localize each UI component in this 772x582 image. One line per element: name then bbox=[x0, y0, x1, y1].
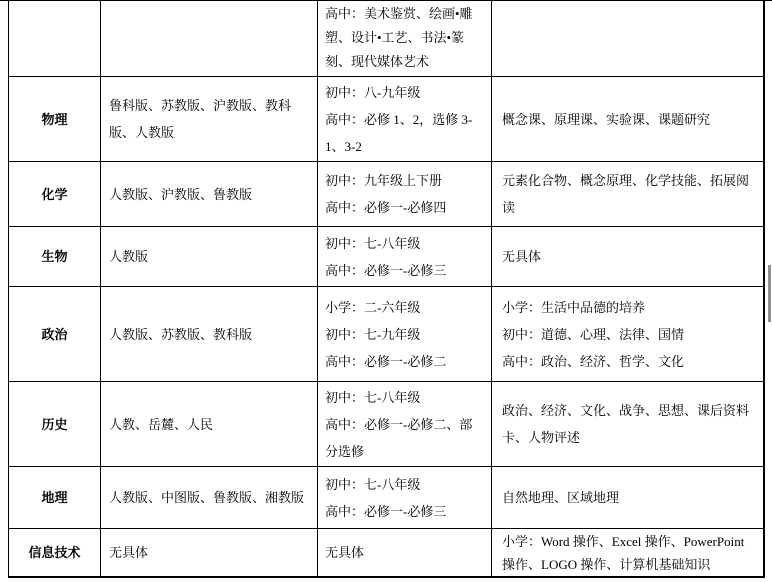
subject-label: 化学 bbox=[41, 181, 67, 208]
subject-cell: 化学 bbox=[9, 162, 101, 226]
grades-cell: 初中：七-八年级 高中：必修一-必修二、部分选修 bbox=[318, 382, 492, 466]
grades-line: 高中：美术鉴赏、绘画•雕塑、设计•工艺、书法•篆刻、现代媒体艺术 bbox=[325, 2, 483, 74]
content-line: 无具体 bbox=[502, 243, 755, 270]
document-page: 高中：美术鉴赏、绘画•雕塑、设计•工艺、书法•篆刻、现代媒体艺术 物理 鲁科版、… bbox=[0, 0, 772, 582]
table-row-physics: 物理 鲁科版、苏教版、沪教版、教科版、人教版 初中：八-九年级 高中：必修 1、… bbox=[9, 76, 763, 161]
table-row-geography: 地理 人教版、中图版、鲁教版、湘教版 初中：七-八年级 高中：必修一-必修三 自… bbox=[9, 466, 763, 528]
subject-label: 政治 bbox=[41, 321, 67, 348]
table-row-history: 历史 人教、岳麓、人民 初中：七-八年级 高中：必修一-必修二、部分选修 政治、… bbox=[9, 381, 763, 466]
grades-cell: 初中：八-九年级 高中：必修 1、2，选修 3-1、3-2 bbox=[318, 77, 492, 161]
table-row-art-continued: 高中：美术鉴赏、绘画•雕塑、设计•工艺、书法•篆刻、现代媒体艺术 bbox=[9, 0, 763, 76]
subject-label: 信息技术 bbox=[28, 541, 80, 564]
subject-cell: 历史 bbox=[9, 382, 101, 466]
versions-cell: 人教版、苏教版、教科版 bbox=[101, 287, 318, 381]
subject-cell bbox=[9, 0, 101, 76]
versions-cell: 人教版、沪教版、鲁教版 bbox=[101, 162, 318, 226]
grades-line: 高中：必修 1、2，选修 3-1、3-2 bbox=[325, 106, 483, 160]
content-cell: 政治、经济、文化、战争、思想、课后资料卡、人物评述 bbox=[492, 382, 763, 466]
grades-line: 无具体 bbox=[325, 541, 483, 564]
subjects-table: 高中：美术鉴赏、绘画•雕塑、设计•工艺、书法•篆刻、现代媒体艺术 物理 鲁科版、… bbox=[8, 0, 765, 578]
versions-line: 人教版、中图版、鲁教版、湘教版 bbox=[109, 484, 309, 511]
content-line: 概念课、原理课、实验课、课题研究 bbox=[502, 106, 755, 133]
content-cell: 小学：生活中品德的培养 初中：道德、心理、法律、国情 高中：政治、经济、哲学、文… bbox=[492, 287, 763, 381]
table-row-biology: 生物 人教版 初中：七-八年级 高中：必修一-必修三 无具体 bbox=[9, 226, 763, 286]
content-line: 高中：政治、经济、哲学、文化 bbox=[502, 348, 755, 375]
vertical-scrollbar-thumb[interactable] bbox=[768, 265, 771, 322]
versions-line: 人教版、沪教版、鲁教版 bbox=[109, 181, 309, 208]
grades-line: 初中：七-八年级 bbox=[325, 384, 483, 411]
versions-line: 无具体 bbox=[109, 541, 309, 564]
content-line: 元素化合物、概念原理、化学技能、拓展阅读 bbox=[502, 167, 755, 221]
versions-cell: 人教版 bbox=[101, 227, 318, 286]
versions-line: 人教、岳麓、人民 bbox=[109, 411, 309, 438]
grades-line: 高中：必修一-必修二、部分选修 bbox=[325, 411, 483, 465]
grades-line: 初中：九年级上下册 bbox=[325, 167, 483, 194]
versions-cell: 无具体 bbox=[101, 529, 318, 576]
versions-line: 人教版 bbox=[109, 243, 309, 270]
content-cell: 无具体 bbox=[492, 227, 763, 286]
subject-label: 历史 bbox=[41, 411, 67, 438]
grades-line: 初中：八-九年级 bbox=[325, 79, 483, 106]
table-row-chemistry: 化学 人教版、沪教版、鲁教版 初中：九年级上下册 高中：必修一-必修四 元素化合… bbox=[9, 161, 763, 226]
grades-cell: 初中：七-八年级 高中：必修一-必修三 bbox=[318, 467, 492, 528]
grades-cell: 高中：美术鉴赏、绘画•雕塑、设计•工艺、书法•篆刻、现代媒体艺术 bbox=[318, 0, 492, 76]
versions-cell: 鲁科版、苏教版、沪教版、教科版、人教版 bbox=[101, 77, 318, 161]
grades-line: 高中：必修一-必修四 bbox=[325, 194, 483, 221]
subject-label: 生物 bbox=[41, 243, 67, 270]
grades-cell: 小学：二-六年级 初中：七-九年级 高中：必修一-必修二 bbox=[318, 287, 492, 381]
subject-cell: 政治 bbox=[9, 287, 101, 381]
table-row-politics: 政治 人教版、苏教版、教科版 小学：二-六年级 初中：七-九年级 高中：必修一-… bbox=[9, 286, 763, 381]
grades-line: 高中：必修一-必修二 bbox=[325, 348, 483, 375]
content-cell: 小学：Word 操作、Excel 操作、PowerPoint 操作、LOGO 操… bbox=[492, 529, 763, 576]
versions-line: 人教版、苏教版、教科版 bbox=[109, 321, 309, 348]
grades-line: 小学：二-六年级 bbox=[325, 294, 483, 321]
grades-line: 高中：必修一-必修三 bbox=[325, 257, 483, 284]
content-cell bbox=[492, 0, 763, 76]
grades-cell: 无具体 bbox=[318, 529, 492, 576]
grades-line: 高中：必修一-必修三 bbox=[325, 498, 483, 525]
content-cell: 概念课、原理课、实验课、课题研究 bbox=[492, 77, 763, 161]
content-cell: 元素化合物、概念原理、化学技能、拓展阅读 bbox=[492, 162, 763, 226]
content-line: 小学：Word 操作、Excel 操作、PowerPoint 操作、LOGO 操… bbox=[502, 530, 755, 576]
grades-line: 初中：七-八年级 bbox=[325, 230, 483, 257]
grades-line: 初中：七-八年级 bbox=[325, 471, 483, 498]
versions-cell: 人教版、中图版、鲁教版、湘教版 bbox=[101, 467, 318, 528]
subject-label: 物理 bbox=[41, 106, 67, 133]
content-line: 政治、经济、文化、战争、思想、课后资料卡、人物评述 bbox=[502, 397, 755, 451]
subject-cell: 地理 bbox=[9, 467, 101, 528]
content-cell: 自然地理、区域地理 bbox=[492, 467, 763, 528]
subject-label: 地理 bbox=[41, 484, 67, 511]
table-row-information-technology: 信息技术 无具体 无具体 小学：Word 操作、Excel 操作、PowerPo… bbox=[9, 528, 763, 576]
content-line: 自然地理、区域地理 bbox=[502, 484, 755, 511]
content-line: 小学：生活中品德的培养 bbox=[502, 294, 755, 321]
versions-cell bbox=[101, 0, 318, 76]
grades-cell: 初中：九年级上下册 高中：必修一-必修四 bbox=[318, 162, 492, 226]
subject-cell: 信息技术 bbox=[9, 529, 101, 576]
versions-cell: 人教、岳麓、人民 bbox=[101, 382, 318, 466]
subject-cell: 生物 bbox=[9, 227, 101, 286]
content-line: 初中：道德、心理、法律、国情 bbox=[502, 321, 755, 348]
subject-cell: 物理 bbox=[9, 77, 101, 161]
versions-line: 鲁科版、苏教版、沪教版、教科版、人教版 bbox=[109, 92, 309, 146]
grades-line: 初中：七-九年级 bbox=[325, 321, 483, 348]
grades-cell: 初中：七-八年级 高中：必修一-必修三 bbox=[318, 227, 492, 286]
